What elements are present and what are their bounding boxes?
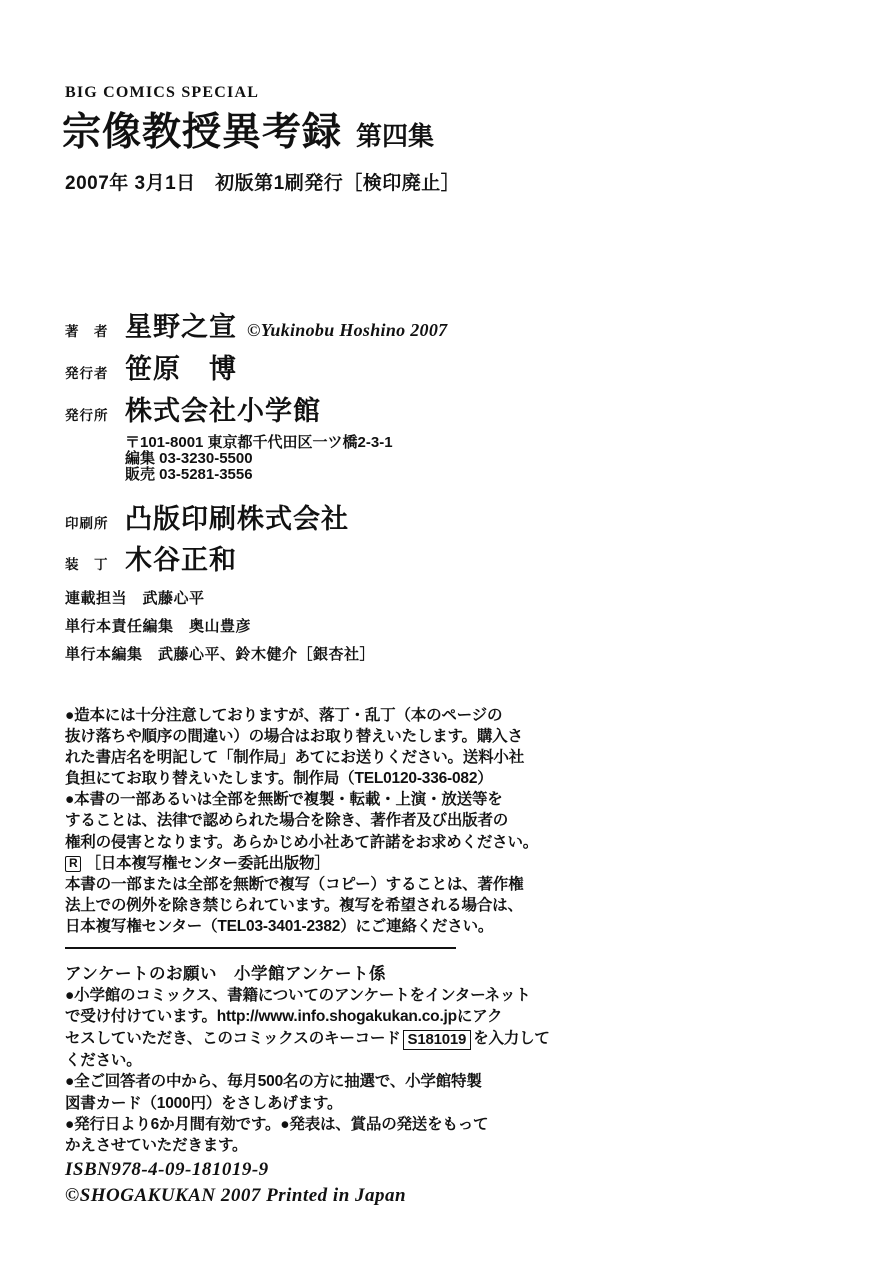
- notice-line: 日本複写権センター（TEL03-3401-2382）にご連絡ください。: [65, 916, 538, 937]
- survey-keycode-line: セスしていただき、このコミックスのキーコードS181019を入力して: [65, 1028, 550, 1050]
- notice-line: れた書店名を明記して「制作局」あてにお送りください。送料小社: [65, 747, 538, 768]
- book-volume: 第四集: [356, 121, 434, 151]
- staff-book-chief-editing: 単行本責任編集 奥山豊彦: [65, 615, 251, 636]
- printer-name: 凸版印刷株式会社: [125, 497, 349, 536]
- survey-line: ●発行日より6か月間有効です。●発表は、賞品の発送をもって: [65, 1114, 550, 1135]
- keycode-pre: セスしていただき、このコミックスのキーコード: [65, 1030, 401, 1047]
- publishing-house-name: 株式会社小学館: [125, 389, 393, 428]
- survey-line: ●全ご回答者の中から、毎月500名の方に抽選で、小学館特製: [65, 1071, 550, 1092]
- publishing-house-address: 〒101-8001 東京都千代田区一ツ橋2-3-1: [125, 435, 393, 451]
- publisher-label: 発行者: [65, 362, 125, 382]
- author-name: 星野之宣: [125, 305, 237, 344]
- notice-line: 抜け落ちや順序の間違い）の場合はお取り替えいたします。購入さ: [65, 726, 538, 747]
- design-name: 木谷正和: [125, 538, 237, 577]
- section-divider: [65, 947, 456, 949]
- credit-row-publisher: 発行者 笹原 博: [65, 347, 237, 386]
- legal-notices: ●造本には十分注意しておりますが、落丁・乱丁（本のページの 抜け落ちや順序の間違…: [65, 705, 538, 937]
- rights-line: R［日本複写権センター委託出版物］: [65, 853, 538, 874]
- author-label: 著 者: [65, 320, 125, 340]
- publishing-house-details: 〒101-8001 東京都千代田区一ツ橋2-3-1 編集 03-3230-550…: [125, 435, 393, 483]
- notice-line: ●本書の一部あるいは全部を無断で複製・転載・上演・放送等を: [65, 789, 538, 810]
- author-copyright: ©Yukinobu Hoshino 2007: [247, 320, 447, 341]
- book-title: 宗像教授異考録: [62, 111, 342, 154]
- notice-line: 権利の侵害となります。あらかじめ小社あて許諾をお求めください。: [65, 832, 538, 853]
- publishing-house-editorial-phone: 編集 03-3230-5500: [125, 451, 393, 467]
- imprint-brand: BIG COMICS SPECIAL: [65, 84, 259, 102]
- publishing-house-block: 株式会社小学館 〒101-8001 東京都千代田区一ツ橋2-3-1 編集 03-…: [125, 389, 393, 483]
- notice-line: 本書の一部または全部を無断で複写（コピー）することは、著作権: [65, 874, 538, 895]
- survey-line: ●小学館のコミックス、書籍についてのアンケートをインターネット: [65, 985, 550, 1006]
- publishing-house-label: 発行所: [65, 404, 125, 424]
- credit-row-design: 装 丁 木谷正和: [65, 538, 237, 577]
- survey-line: かえさせていただきます。: [65, 1135, 550, 1156]
- survey-line: で受け付けています。http://www.info.shogakukan.co.…: [65, 1006, 550, 1027]
- isbn-number: ISBN978-4-09-181019-9: [65, 1159, 269, 1181]
- credit-row-publishing-house: 発行所 株式会社小学館 〒101-8001 東京都千代田区一ツ橋2-3-1 編集…: [65, 389, 393, 483]
- publisher-name: 笹原 博: [125, 347, 237, 386]
- design-label: 装 丁: [65, 553, 125, 573]
- survey-heading: アンケートのお願い 小学館アンケート係: [65, 960, 386, 984]
- book-title-row: 宗像教授異考録第四集: [62, 101, 434, 157]
- publisher-copyright: ©SHOGAKUKAN 2007 Printed in Japan: [65, 1185, 406, 1207]
- credit-row-author: 著 者 星野之宣 ©Yukinobu Hoshino 2007: [65, 305, 447, 344]
- survey-line: ください。: [65, 1050, 550, 1071]
- comic-keycode: S181019: [403, 1030, 472, 1050]
- notice-line: することは、法律で認められた場合を除き、著作者及び出版者の: [65, 810, 538, 831]
- printer-label: 印刷所: [65, 512, 125, 532]
- survey-line: 図書カード（1000円）をさしあげます。: [65, 1093, 550, 1114]
- notice-line: 負担にてお取り替えいたします。制作局（TEL0120-336-082）: [65, 768, 538, 789]
- edition-line: 2007年 3月1日 初版第1刷発行［検印廃止］: [65, 168, 460, 195]
- staff-book-editing: 単行本編集 武藤心平、鈴木健介［銀杏社］: [65, 643, 375, 664]
- rights-label: ［日本複写権センター委託出版物］: [85, 855, 329, 872]
- credit-row-printer: 印刷所 凸版印刷株式会社: [65, 497, 349, 536]
- registered-rights-mark: R: [65, 856, 81, 872]
- publishing-house-sales-phone: 販売 03-5281-3556: [125, 467, 393, 483]
- keycode-post: を入力して: [473, 1030, 550, 1047]
- notice-line: 法上での例外を除き禁じられています。複写を希望される場合は、: [65, 895, 538, 916]
- notice-line: ●造本には十分注意しておりますが、落丁・乱丁（本のページの: [65, 705, 538, 726]
- staff-serialization: 連載担当 武藤心平: [65, 587, 205, 608]
- survey-notice: ●小学館のコミックス、書籍についてのアンケートをインターネット で受け付けていま…: [65, 985, 550, 1157]
- colophon-page: BIG COMICS SPECIAL 宗像教授異考録第四集 2007年 3月1日…: [0, 0, 869, 1283]
